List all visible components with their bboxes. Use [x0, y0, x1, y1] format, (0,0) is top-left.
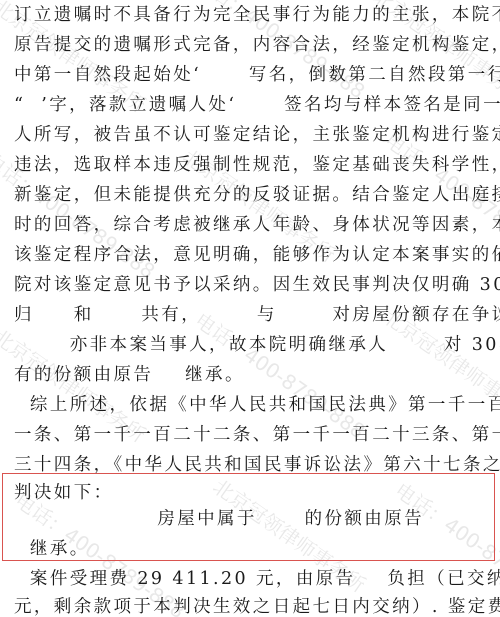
text-line: 新鉴定，但未能提供充分的反驳证据。结合鉴定人出庭接受质询: [14, 185, 486, 205]
text-line: 三十四条，《中华人民共和国民事诉讼法》第六十七条之规定，: [14, 455, 486, 475]
text-line: 订立遗嘱时不具备行为完全民事行为能力的主张，本院不予采纳。: [14, 5, 486, 25]
text-line: 亦非本案当事人，故本院明确继承人 对 308 号中享: [14, 335, 486, 355]
text-line: 该鉴定程序合法，意见明确，能够作为认定本案事实的依据，本: [14, 245, 486, 265]
text-line: 人所写，被告虽不认可鉴定结论，主张鉴定机构进行鉴定时程序: [14, 125, 486, 145]
text-line: 违法，选取样本违反强制性规范，鉴定基础丧失科学性，申请重: [14, 155, 486, 175]
text-line: 归 和 共有， 与 对房屋份额存在争议，: [14, 305, 486, 325]
judgment-document: 北京冠领律师事务所 电话：400-8789-888 北京冠领律师事务所 电话：4…: [0, 0, 500, 617]
text-line: 元，剩余款项于本判决生效之日起七日内交纳）. 鉴定费 29 400: [14, 597, 486, 617]
judgment-text: 房屋中属于 的份额由原告: [14, 509, 486, 529]
judgment-text: 继承。: [14, 539, 486, 559]
text-line: 原告提交的遗嘱形式完备，内容合法，经鉴定机构鉴定，《遗嘱》: [14, 35, 486, 55]
text-line: 院对该鉴定意见书予以采纳。因生效民事判决仅明确 308 号房屋: [14, 275, 486, 295]
text-line: 案件受理费 29 411.20 元，由原告 负担（已交纳 11 400: [14, 569, 486, 589]
text-line: “ ’字，落款立遗嘱人处‘ 签名均与样本签名是同一: [14, 95, 486, 115]
text-line: 一条、第一千一百二十二条、第一千一百二十三条、第一千一百: [14, 425, 486, 445]
text-line: 有的份额由原告 继承。: [14, 365, 486, 385]
text-line: 综上所述，依据《中华人民共和国民法典》第一千一百二十: [14, 395, 486, 415]
text-line: 中第一自然段起始处‘ 写名，倒数第二自然段第一行中: [14, 65, 486, 85]
text-line: 时的回答，综合考虑被继承人年龄、身体状况等因素，本院认为: [14, 215, 486, 235]
judgment-heading: 判决如下：: [14, 483, 486, 503]
